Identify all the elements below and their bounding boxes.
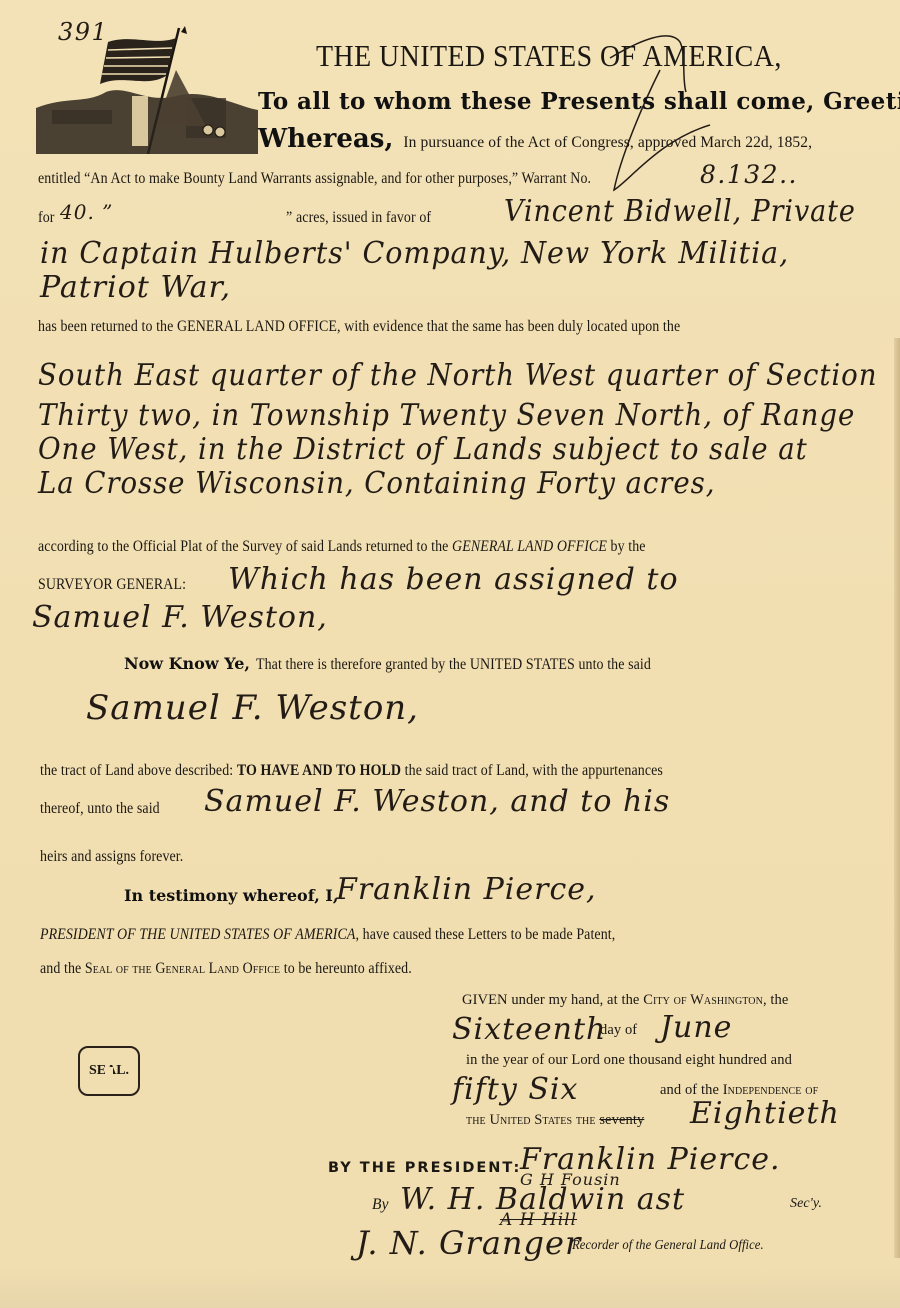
recorder-label: Recorder of the General Land Office. — [572, 1238, 764, 1254]
assignee-name-3: Samuel F. Weston, and to his — [204, 784, 670, 819]
general-land-office-text: GENERAL LAND OFFICE — [452, 538, 607, 555]
seal-label: SEAL. — [89, 1063, 129, 1079]
secretary-label: Sec'y. — [790, 1196, 822, 1212]
to-have-and-to-hold: TO HAVE AND TO HOLD — [237, 762, 401, 779]
independence-handwritten: Eightieth — [690, 1096, 840, 1131]
whereas-line: Whereas, In pursuance of the Act of Cong… — [258, 124, 812, 154]
warrant-number: 8.132.. — [700, 160, 798, 189]
grantee-war: Patriot War, — [40, 270, 231, 305]
now-know-ye: Now Know Ye, — [124, 654, 250, 673]
assigned-text: Which has been assigned to — [228, 562, 679, 597]
act-title-text: entitled “An Act to make Bounty Land War… — [38, 170, 591, 188]
seal-text-a: and the — [40, 960, 81, 977]
official-plat-line: according to the Official Plat of the Su… — [38, 538, 646, 556]
assignee-name-2: Samuel F. Weston, — [86, 688, 419, 728]
heirs-text: heirs and assigns forever. — [40, 848, 183, 866]
acres-handwritten: 40. ” — [60, 200, 113, 224]
independence-struck: seventy — [599, 1112, 644, 1128]
land-description-line-3: One West, in the District of Lands subje… — [38, 432, 808, 467]
by-the-president-label: BY THE PRESIDENT: — [328, 1160, 521, 1176]
returned-text: has been returned to the GENERAL LAND OF… — [38, 318, 680, 336]
recorder-signature: J. N. Granger — [356, 1224, 581, 1262]
president-line: PRESIDENT OF THE UNITED STATES OF AMERIC… — [40, 926, 615, 944]
tract-text-a: the tract of Land above described: — [40, 762, 233, 779]
original-grantee: Vincent Bidwell, Private — [504, 194, 856, 229]
by-label: By — [372, 1196, 389, 1214]
tract-line: the tract of Land above described: TO HA… — [40, 762, 663, 780]
tract-text-b: the said tract of Land, with the appurte… — [405, 762, 663, 779]
paper-stain — [0, 1268, 900, 1308]
greeting-line: To all to whom these Presents shall come… — [258, 88, 900, 115]
patent-document: 391 THE UNITED STATES OF AMERICA, To all… — [0, 0, 900, 1308]
given-text-b: the — [770, 992, 788, 1008]
acres-text: acres, issued in favor of — [296, 209, 431, 227]
flag-engraving-icon — [36, 26, 258, 154]
day-of-text: day of — [600, 1022, 637, 1039]
seal-text-c: to be hereunto affixed. — [284, 960, 412, 977]
land-description-line-2: Thirty two, in Township Twenty Seven Nor… — [38, 398, 855, 433]
independence-text-b: the United States the — [466, 1112, 596, 1128]
seal-text-b: Seal of the General Land Office — [85, 960, 280, 977]
seal-line: and the Seal of the General Land Office … — [40, 960, 412, 978]
testimony-text: In testimony whereof, I, — [124, 886, 338, 905]
thereof-text: thereof, unto the said — [40, 800, 160, 818]
year-handwritten: fifty Six — [452, 1072, 578, 1107]
land-description-line-4: La Crosse Wisconsin, Containing Forty ac… — [38, 466, 715, 501]
page-edge-shadow — [894, 338, 900, 1258]
seal-box: SEAL. — [78, 1046, 140, 1096]
granted-text: That there is therefore granted by the U… — [256, 656, 651, 674]
now-know-ye-line: Now Know Ye, That there is therefore gra… — [124, 654, 695, 674]
by-the-text: by the — [611, 538, 646, 555]
assignee-name-1: Samuel F. Weston, — [32, 600, 328, 635]
surveyor-label: SURVEYOR GENERAL: — [38, 576, 186, 594]
given-text-a: GIVEN under my hand, at the — [462, 992, 639, 1008]
patent-text: have caused these Letters to be made Pat… — [363, 926, 616, 943]
act-approval-text: In pursuance of the Act of Congress, app… — [403, 134, 812, 152]
president-signature-1: Franklin Pierce, — [336, 872, 597, 907]
whereas-word: Whereas, — [258, 124, 393, 154]
independence-line-2: the United States the seventy — [466, 1112, 644, 1129]
day-handwritten: Sixteenth — [452, 1012, 606, 1047]
official-plat-text: according to the Official Plat of the Su… — [38, 538, 448, 555]
given-line: GIVEN under my hand, at the City of Wash… — [462, 992, 788, 1009]
grantee-company: in Captain Hulberts' Company, New York M… — [40, 236, 789, 271]
for-label: for — [38, 209, 55, 227]
month-handwritten: June — [660, 1010, 732, 1045]
year-text: in the year of our Lord one thousand eig… — [466, 1052, 792, 1069]
president-title: PRESIDENT OF THE UNITED STATES OF AMERIC… — [40, 926, 359, 943]
given-city: City of Washington, — [643, 992, 766, 1008]
land-description-line-1: South East quarter of the North West qua… — [38, 358, 877, 393]
acres-ditto: ” — [286, 209, 292, 227]
